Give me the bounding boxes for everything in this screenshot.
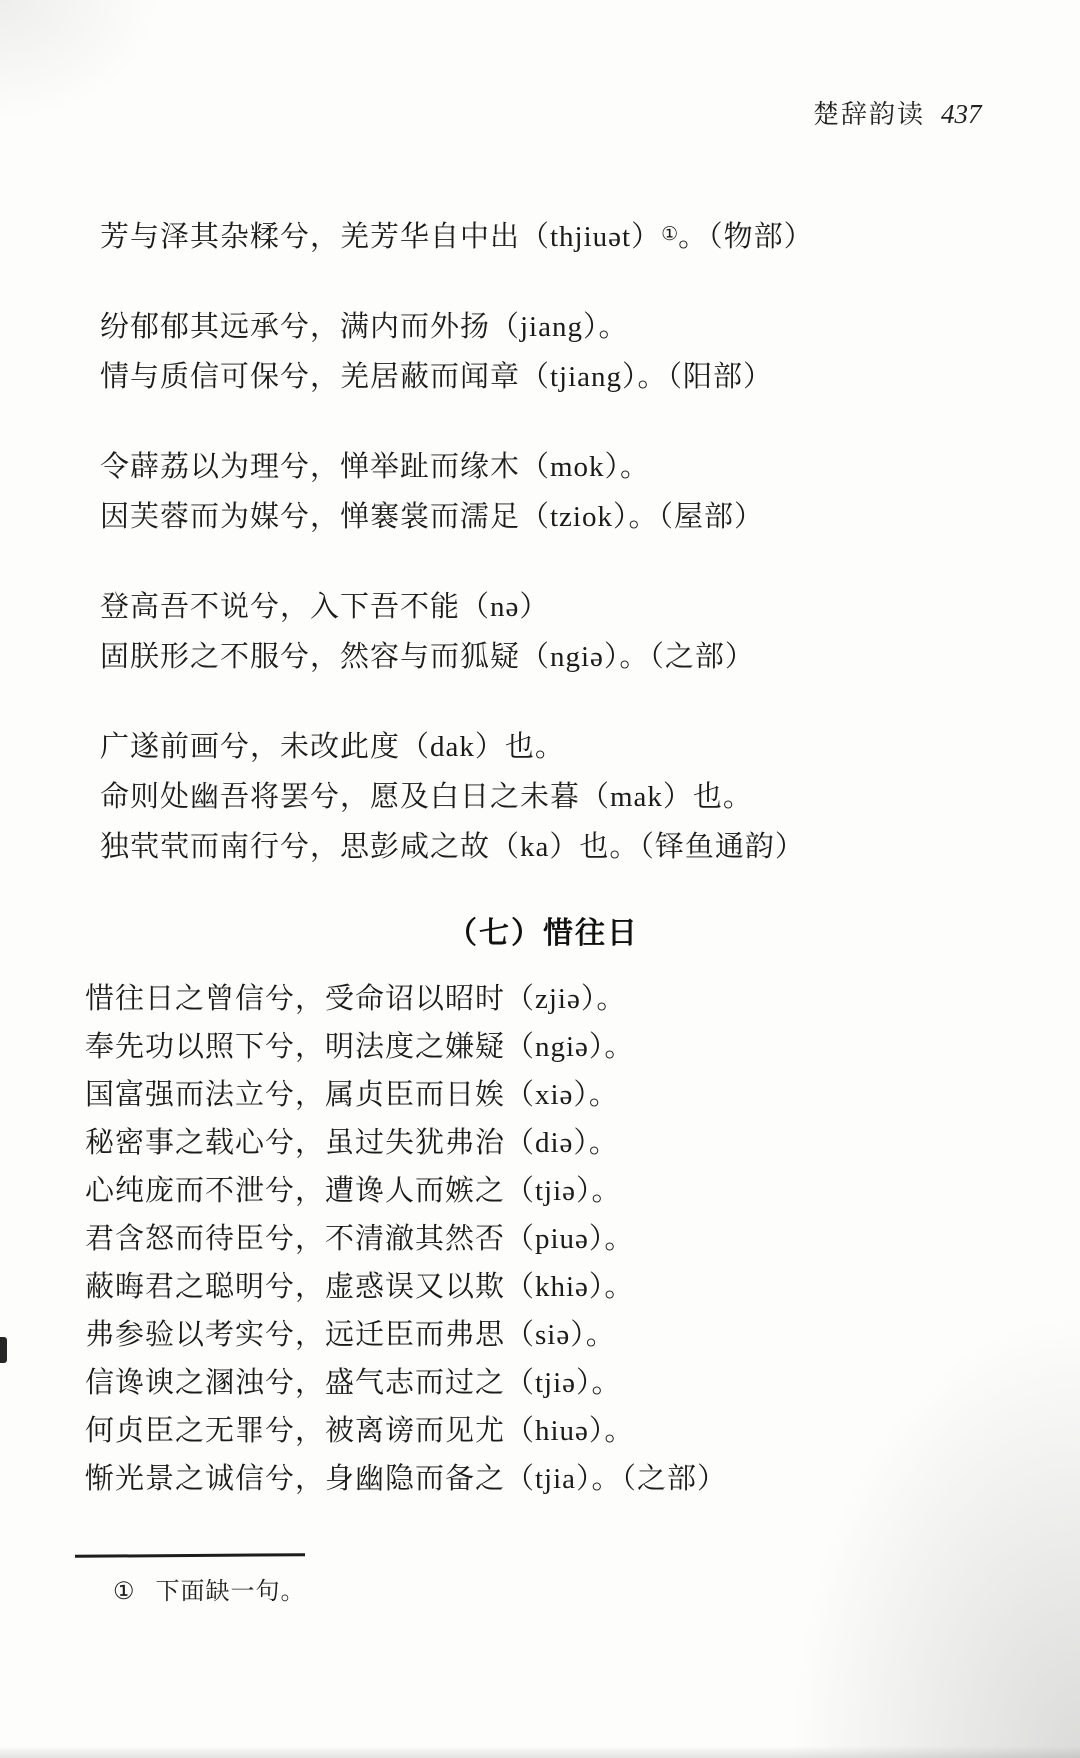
stanza: 纷郁郁其远承兮，满内而外扬（jiang）。情与质信可保兮，羌居蔽而闻章（tjia… bbox=[100, 302, 1080, 402]
footnote-marker: ① bbox=[113, 1579, 136, 1605]
verse-line: 蔽晦君之聪明兮，虚惑误又以欺（khiə）。 bbox=[85, 1263, 1080, 1311]
scan-artifact-edge-mark bbox=[0, 1337, 7, 1363]
footnote-divider bbox=[75, 1553, 305, 1558]
stanza: 广遂前画兮，未改此度（dak）也。命则处幽吾将罢兮，愿及白日之未暮（mak）也。… bbox=[100, 722, 1080, 872]
verse-line: 因芙蓉而为媒兮，惮褰裳而濡足（tziok）。（屋部） bbox=[100, 492, 1080, 542]
stanza: 登高吾不说兮，入下吾不能（nə）固朕形之不服兮，然容与而狐疑（ngiə）。（之部… bbox=[100, 582, 1080, 682]
scanned-book-page: 楚辞韵读437 芳与泽其杂糅兮，羌芳华自中出（thjiuət）①。（物部）纷郁郁… bbox=[0, 0, 1080, 1758]
stanza: 芳与泽其杂糅兮，羌芳华自中出（thjiuət）①。（物部） bbox=[100, 210, 1080, 262]
verse-line: 信谗谀之溷浊兮，盛气志而过之（tjiə）。 bbox=[85, 1359, 1080, 1407]
verse-line: 弗参验以考实兮，远迁臣而弗思（siə）。 bbox=[85, 1311, 1080, 1359]
scan-artifact-bottom-edge bbox=[0, 1746, 1080, 1758]
stanza: 令薜荔以为理兮，惮举趾而缘木（mok）。因芙蓉而为媒兮，惮褰裳而濡足（tziok… bbox=[100, 442, 1080, 542]
footnote: ①下面缺一句。 bbox=[0, 1575, 1080, 1609]
verse-line: 纷郁郁其远承兮，满内而外扬（jiang）。 bbox=[100, 302, 1080, 352]
page-header: 楚辞韵读437 bbox=[813, 94, 982, 131]
verse-line: 命则处幽吾将罢兮，愿及白日之未暮（mak）也。 bbox=[100, 772, 1080, 822]
page-body: 芳与泽其杂糅兮，羌芳华自中出（thjiuət）①。（物部）纷郁郁其远承兮，满内而… bbox=[0, 210, 1080, 1609]
page-number: 437 bbox=[941, 99, 982, 129]
verse-line: 令薜荔以为理兮，惮举趾而缘木（mok）。 bbox=[100, 442, 1080, 492]
poem: 惜往日之曾信兮，受命诏以昭时（zjiə）。奉先功以照下兮，明法度之嫌疑（ngiə… bbox=[0, 975, 1080, 1503]
verse-line: 情与质信可保兮，羌居蔽而闻章（tjiang）。（阳部） bbox=[100, 352, 1080, 402]
stanza-list: 芳与泽其杂糅兮，羌芳华自中出（thjiuət）①。（物部）纷郁郁其远承兮，满内而… bbox=[0, 210, 1080, 872]
footnote-text: 下面缺一句。 bbox=[156, 1579, 306, 1605]
verse-line: 惭光景之诚信兮，身幽隐而备之（tjia）。（之部） bbox=[85, 1455, 1080, 1503]
verse-line: 国富强而法立兮，属贞臣而日娭（xiə）。 bbox=[85, 1071, 1080, 1119]
verse-text: 。（物部） bbox=[678, 221, 814, 253]
verse-line: 固朕形之不服兮，然容与而狐疑（ngiə）。（之部） bbox=[100, 632, 1080, 682]
verse-line: 秘密事之载心兮，虽过失犹弗治（diə）。 bbox=[85, 1119, 1080, 1167]
verse-line: 广遂前画兮，未改此度（dak）也。 bbox=[100, 722, 1080, 772]
verse-line: 心纯庞而不泄兮，遭谗人而嫉之（tjiə）。 bbox=[85, 1167, 1080, 1215]
verse-line: 君含怒而待臣兮，不清澈其然否（piuə）。 bbox=[85, 1215, 1080, 1263]
verse-line: 芳与泽其杂糅兮，羌芳华自中出（thjiuət）①。（物部） bbox=[100, 210, 1080, 262]
running-title: 楚辞韵读 bbox=[813, 100, 925, 129]
verse-text: 芳与泽其杂糅兮，羌芳华自中出（thjiuət） bbox=[100, 221, 661, 253]
scan-artifact-top-left-shade bbox=[0, 0, 160, 120]
section-heading: （七）惜往日 bbox=[0, 912, 1080, 956]
footnote-ref: ① bbox=[661, 224, 678, 245]
verse-line: 惜往日之曾信兮，受命诏以昭时（zjiə）。 bbox=[85, 975, 1080, 1023]
verse-line: 奉先功以照下兮，明法度之嫌疑（ngiə）。 bbox=[85, 1023, 1080, 1071]
verse-line: 独茕茕而南行兮，思彭咸之故（ka）也。（铎鱼通韵） bbox=[100, 822, 1080, 872]
verse-line: 何贞臣之无罪兮，被离谤而见尤（hiuə）。 bbox=[85, 1407, 1080, 1455]
verse-line: 登高吾不说兮，入下吾不能（nə） bbox=[100, 582, 1080, 632]
